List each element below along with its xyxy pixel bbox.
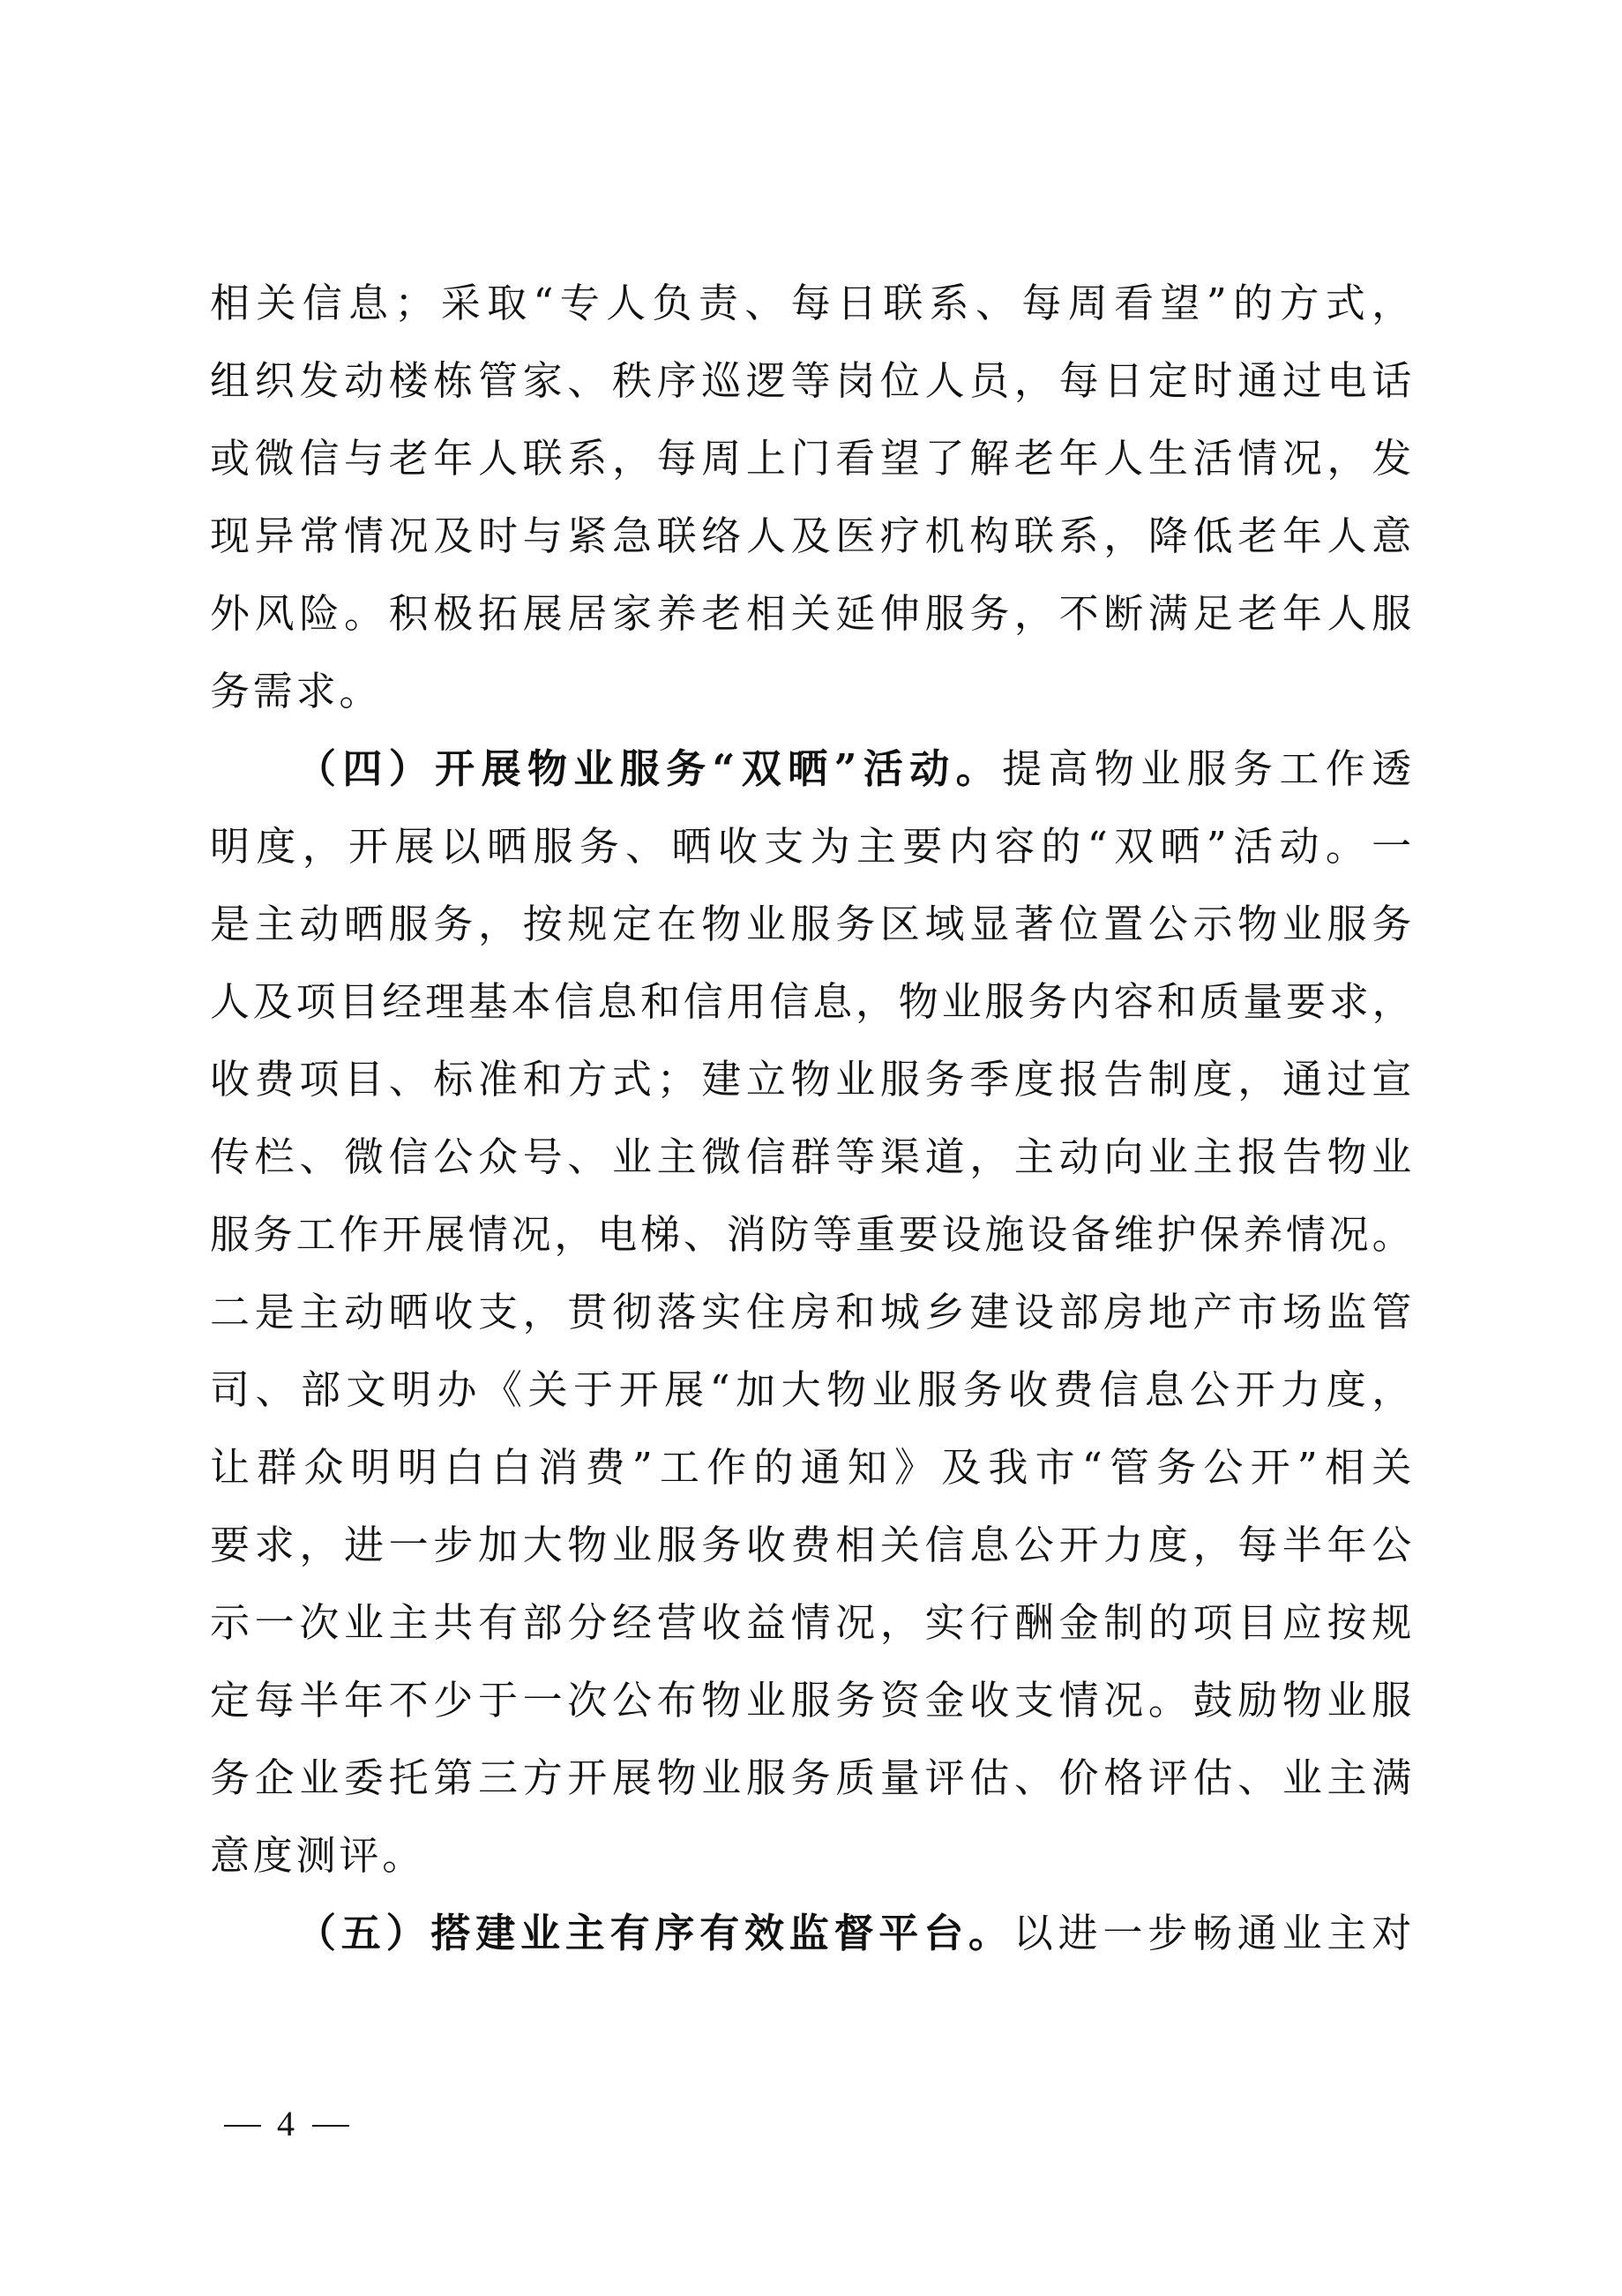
text-line: 意度测评。 xyxy=(210,1817,1415,1895)
text-line: 示一次业主共有部分经营收益情况，实行酬金制的项目应按规 xyxy=(210,1584,1415,1662)
text-line: 外风险。积极拓展居家养老相关延伸服务，不断满足老年人服 xyxy=(210,575,1415,653)
text-line: 人及项目经理基本信息和信用信息，物业服务内容和质量要求， xyxy=(210,963,1415,1041)
section-heading-line: （四）开展物业服务“双晒”活动。提高物业服务工作透 xyxy=(210,730,1415,808)
body-text: 相关信息；采取“专人负责、每日联系、每周看望”的方式， 组织发动楼栋管家、秩序巡… xyxy=(210,265,1415,1972)
heading-line-rest: 以进一步畅通业主对 xyxy=(1013,1910,1415,1956)
text-line: 组织发动楼栋管家、秩序巡逻等岗位人员，每日定时通过电话 xyxy=(210,342,1415,420)
text-line: 务需求。 xyxy=(210,653,1415,730)
section-heading-line: （五）搭建业主有序有效监督平台。以进一步畅通业主对 xyxy=(210,1895,1415,1972)
dash-right-decoration xyxy=(312,2125,349,2127)
text-line: 是主动晒服务，按规定在物业服务区域显著位置公示物业服务 xyxy=(210,886,1415,963)
section-heading: （五）搭建业主有序有效监督平台。 xyxy=(296,1910,1013,1956)
section-heading: （四）开展物业服务“双晒”活动。 xyxy=(296,745,1002,792)
text-line: 司、部文明办《关于开展“加大物业服务收费信息公开力度， xyxy=(210,1351,1415,1429)
text-line: 服务工作开展情况，电梯、消防等重要设施设备维护保养情况。 xyxy=(210,1196,1415,1274)
text-line: 明度，开展以晒服务、晒收支为主要内容的“双晒”活动。一 xyxy=(210,808,1415,886)
text-line: 二是主动晒收支，贯彻落实住房和城乡建设部房地产市场监管 xyxy=(210,1274,1415,1351)
page-number-footer: 4 xyxy=(208,2098,365,2150)
text-line: 或微信与老年人联系，每周上门看望了解老年人生活情况，发 xyxy=(210,420,1415,497)
document-page: 相关信息；采取“专人负责、每日联系、每周看望”的方式， 组织发动楼栋管家、秩序巡… xyxy=(0,0,1622,2296)
text-line: 相关信息；采取“专人负责、每日联系、每周看望”的方式， xyxy=(210,265,1415,342)
text-line: 传栏、微信公众号、业主微信群等渠道，主动向业主报告物业 xyxy=(210,1118,1415,1196)
text-line: 定每半年不少于一次公布物业服务资金收支情况。鼓励物业服 xyxy=(210,1662,1415,1739)
text-line: 务企业委托第三方开展物业服务质量评估、价格评估、业主满 xyxy=(210,1739,1415,1817)
text-line: 让群众明明白白消费”工作的通知》及我市“管务公开”相关 xyxy=(210,1429,1415,1507)
text-line: 要求，进一步加大物业服务收费相关信息公开力度，每半年公 xyxy=(210,1507,1415,1584)
paragraph-section-5: （五）搭建业主有序有效监督平台。以进一步畅通业主对 xyxy=(210,1895,1415,1972)
paragraph-section-4: （四）开展物业服务“双晒”活动。提高物业服务工作透 明度，开展以晒服务、晒收支为… xyxy=(210,730,1415,1895)
text-line: 现异常情况及时与紧急联络人及医疗机构联系，降低老年人意 xyxy=(210,497,1415,575)
paragraph-continuation: 相关信息；采取“专人负责、每日联系、每周看望”的方式， 组织发动楼栋管家、秩序巡… xyxy=(210,265,1415,730)
dash-left-decoration xyxy=(224,2125,261,2127)
page-number: 4 xyxy=(277,2104,296,2143)
heading-line-rest: 提高物业服务工作透 xyxy=(1002,745,1415,792)
text-line: 收费项目、标准和方式；建立物业服务季度报告制度，通过宣 xyxy=(210,1041,1415,1118)
